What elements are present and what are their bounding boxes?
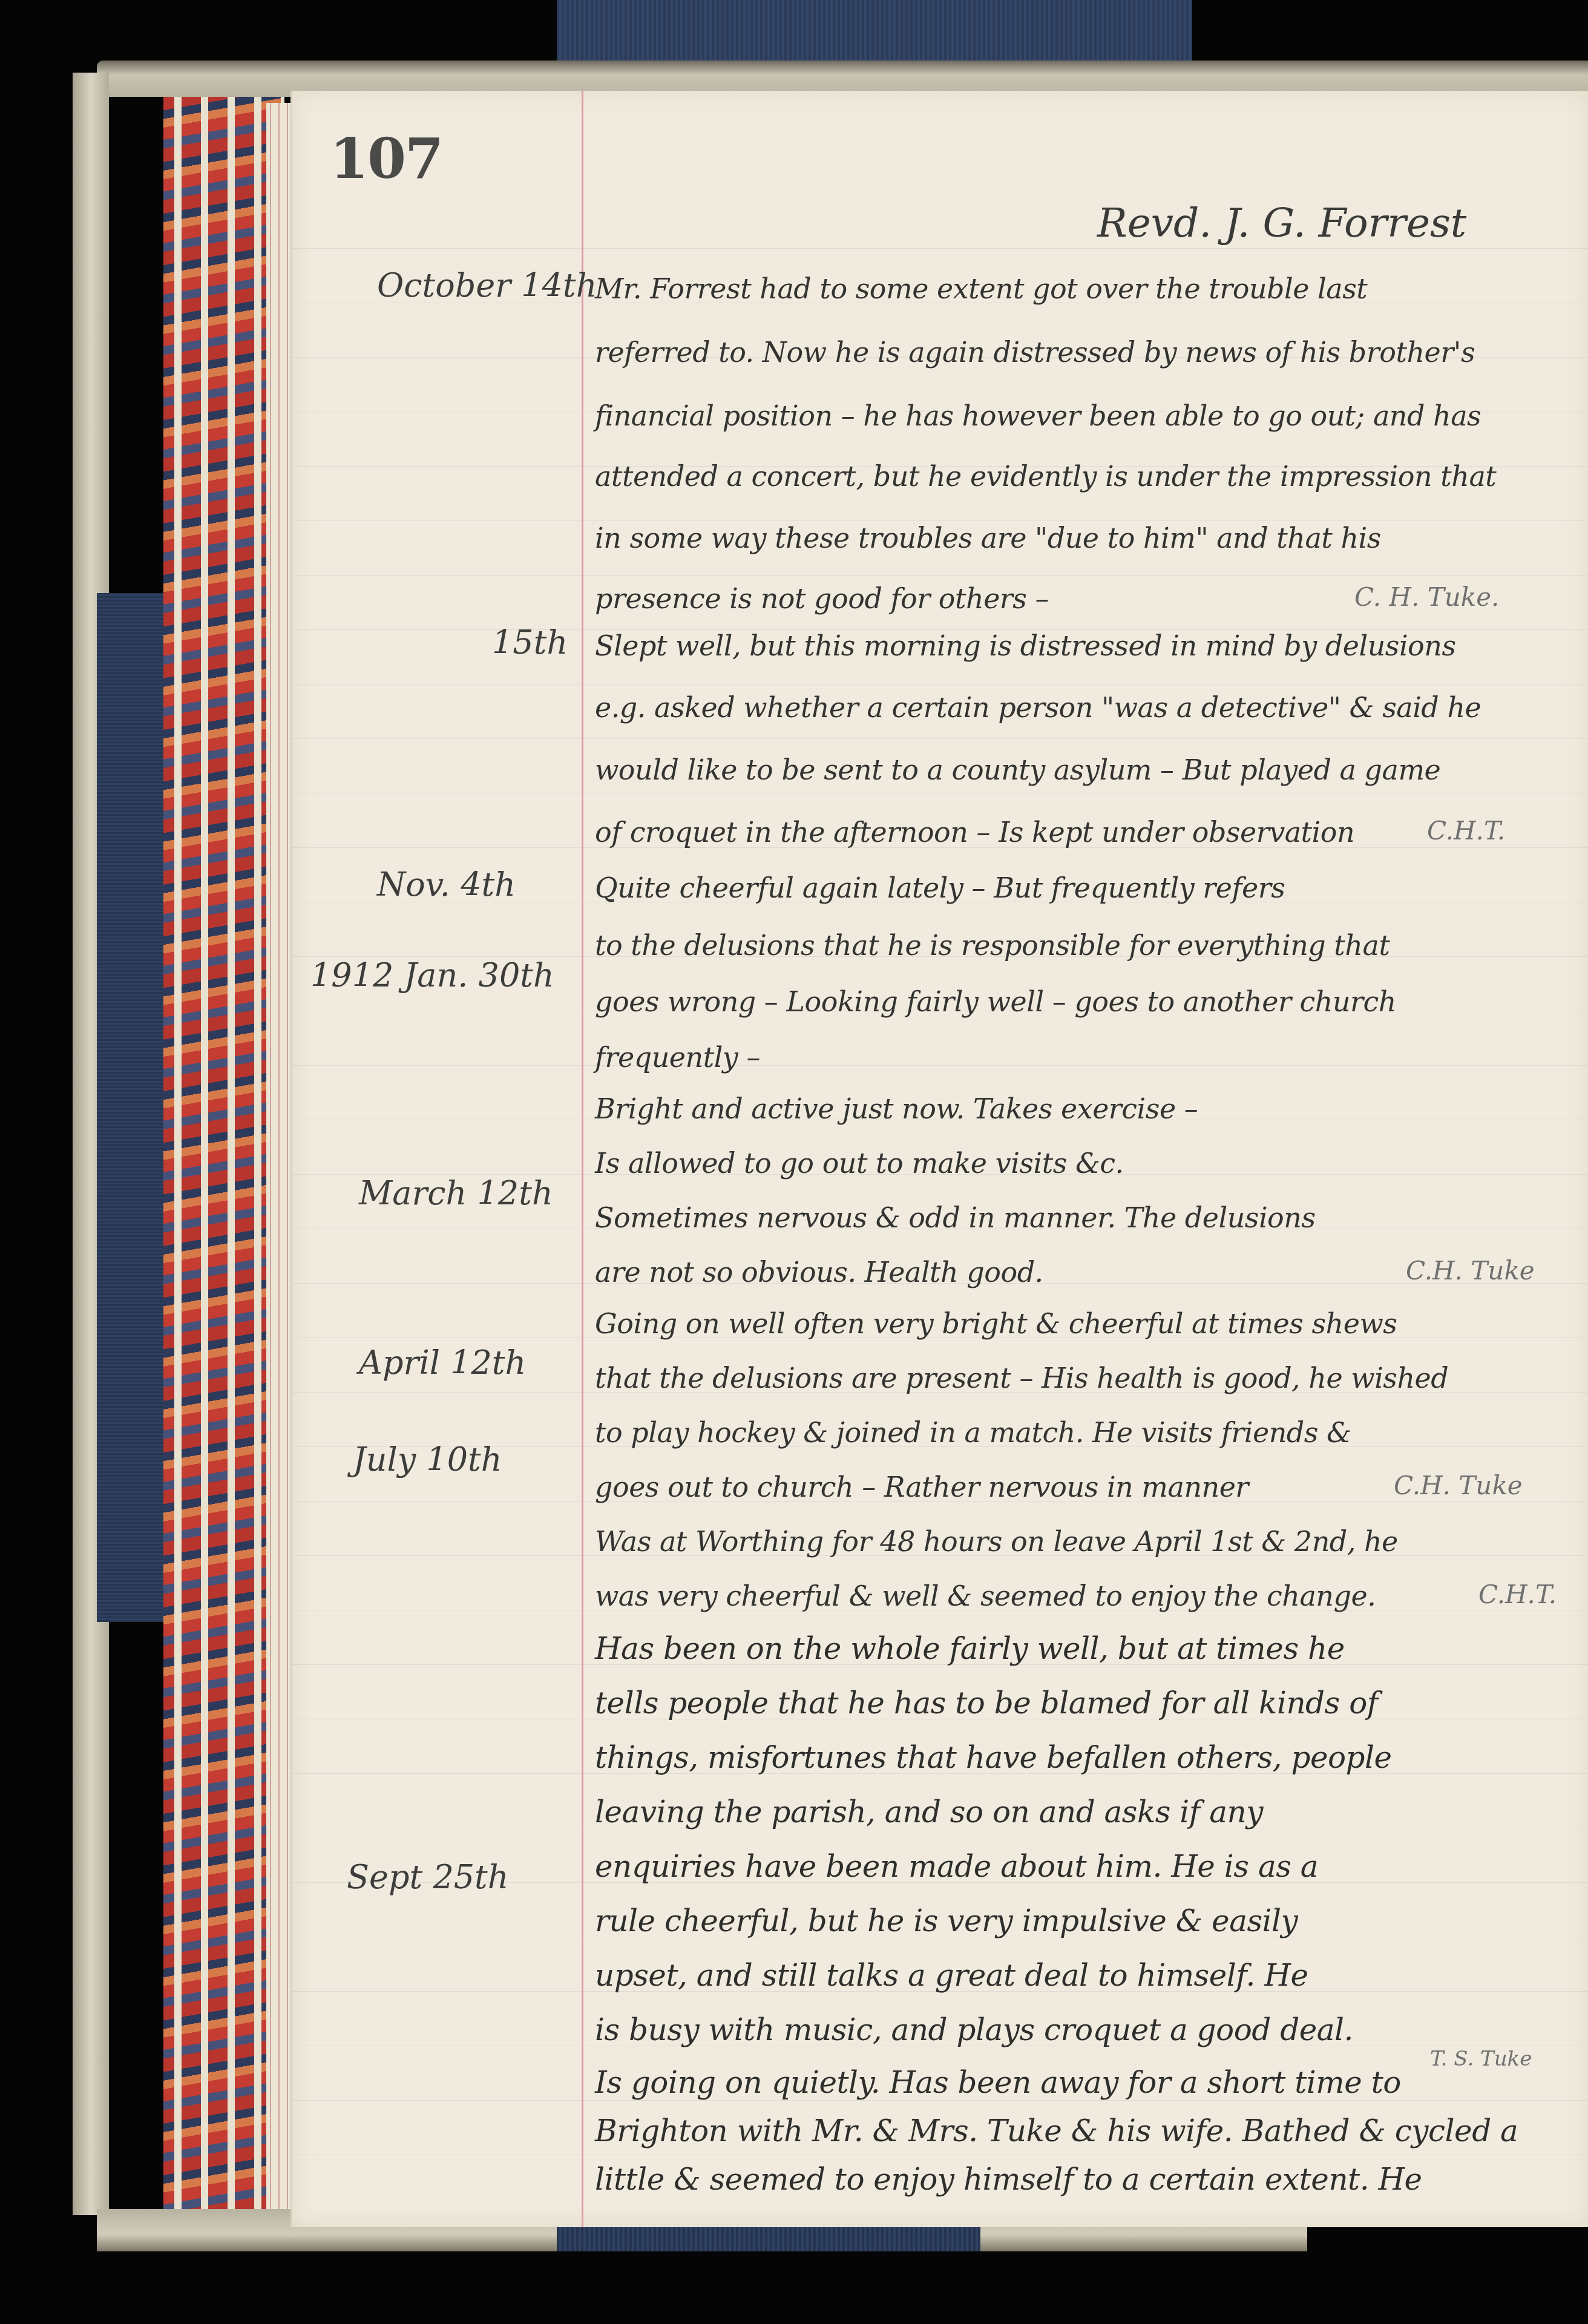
entry-line: was very cheerful & well & seemed to enj… (595, 1580, 1376, 1612)
entry-line: leaving the parish, and so on and asks i… (595, 1794, 1263, 1830)
entry-line: referred to. Now he is again distressed … (595, 336, 1475, 369)
patient-name-heading: Revd. J. G. Forrest (1097, 200, 1466, 246)
physician-signature: C.H. Tuke (1394, 1471, 1523, 1500)
entry-line: Quite cheerful again lately – But freque… (595, 871, 1285, 904)
entry-line: presence is not good for others – (595, 582, 1049, 615)
entry-line: enquiries have been made about him. He i… (595, 1849, 1318, 1884)
entry-line: things, misfortunes that have befallen o… (595, 1740, 1392, 1775)
entry-date: 15th (492, 623, 568, 661)
ruled-line (292, 520, 1588, 521)
entry-line: attended a concert, but he evidently is … (595, 460, 1496, 493)
ruled-line (292, 793, 1588, 793)
entry-line: to play hockey & joined in a match. He v… (595, 1416, 1351, 1449)
entry-line: e.g. asked whether a certain person "was… (595, 691, 1481, 724)
ruled-line (292, 738, 1588, 739)
entry-date: October 14th (377, 266, 597, 304)
entry-date: Nov. 4th (377, 865, 516, 904)
entry-line: rule cheerful, but he is very impulsive … (595, 1903, 1298, 1938)
entry-line: Brighton with Mr. & Mrs. Tuke & his wife… (595, 2113, 1518, 2148)
entry-line: Going on well often very bright & cheerf… (595, 1307, 1397, 1340)
ruled-line (292, 2155, 1588, 2155)
ruled-line (292, 1065, 1588, 1066)
margin-line (582, 91, 583, 2227)
physician-signature: C. H. Tuke. (1354, 582, 1499, 612)
entry-line: goes wrong – Looking fairly well – goes … (595, 985, 1396, 1018)
entry-date: 1912 Jan. 30th (310, 956, 554, 994)
page-number: 107 (330, 126, 442, 191)
entry-line: Is going on quietly. Has been away for a… (595, 2065, 1401, 2100)
entry-date: March 12th (359, 1174, 553, 1212)
entry-line: financial position – he has however been… (595, 399, 1481, 432)
entry-line: goes out to church – Rather nervous in m… (595, 1471, 1248, 1503)
entry-line: are not so obvious. Health good. (595, 1256, 1043, 1288)
entry-line: that the delusions are present – His hea… (595, 1362, 1448, 1394)
entry-line: Bright and active just now. Takes exerci… (595, 1092, 1198, 1125)
entry-line: tells people that he has to be blamed fo… (595, 1686, 1378, 1721)
ledger-page: 107 Revd. J. G. Forrest October 14th Mr.… (290, 91, 1588, 2227)
entry-date: Sept 25th (347, 1858, 509, 1896)
entry-date: July 10th (353, 1440, 502, 1479)
ruled-line (292, 248, 1588, 249)
entry-line: little & seemed to enjoy himself to a ce… (595, 2162, 1422, 2197)
entry-line: Sometimes nervous & odd in manner. The d… (595, 1201, 1316, 1234)
physician-signature: T. S. Tuke (1430, 2047, 1532, 2071)
entry-line: Was at Worthing for 48 hours on leave Ap… (595, 1525, 1398, 1558)
entry-date: April 12th (359, 1344, 526, 1382)
physician-signature: C.H.T. (1478, 1580, 1557, 1609)
ruled-line (292, 575, 1588, 576)
entry-line: to the delusions that he is responsible … (595, 929, 1389, 962)
entry-line: Has been on the whole fairly well, but a… (595, 1631, 1345, 1666)
ruled-line (292, 684, 1588, 684)
entry-line: Is allowed to go out to make visits &c. (595, 1147, 1124, 1180)
physician-signature: C.H. Tuke (1406, 1256, 1535, 1285)
entry-line: frequently – (595, 1041, 760, 1074)
entry-line: would like to be sent to a county asylum… (595, 753, 1440, 786)
entry-line: upset, and still talks a great deal to h… (595, 1958, 1308, 1993)
physician-signature: C.H.T. (1427, 816, 1505, 845)
entry-line: Slept well, but this morning is distress… (595, 629, 1456, 662)
entry-line: in some way these troubles are "due to h… (595, 522, 1381, 554)
entry-line: of croquet in the afternoon – Is kept un… (595, 816, 1354, 849)
entry-line: is busy with music, and plays croquet a … (595, 2012, 1353, 2047)
entry-line: Mr. Forrest had to some extent got over … (595, 272, 1367, 305)
ruled-line (292, 2100, 1588, 2101)
